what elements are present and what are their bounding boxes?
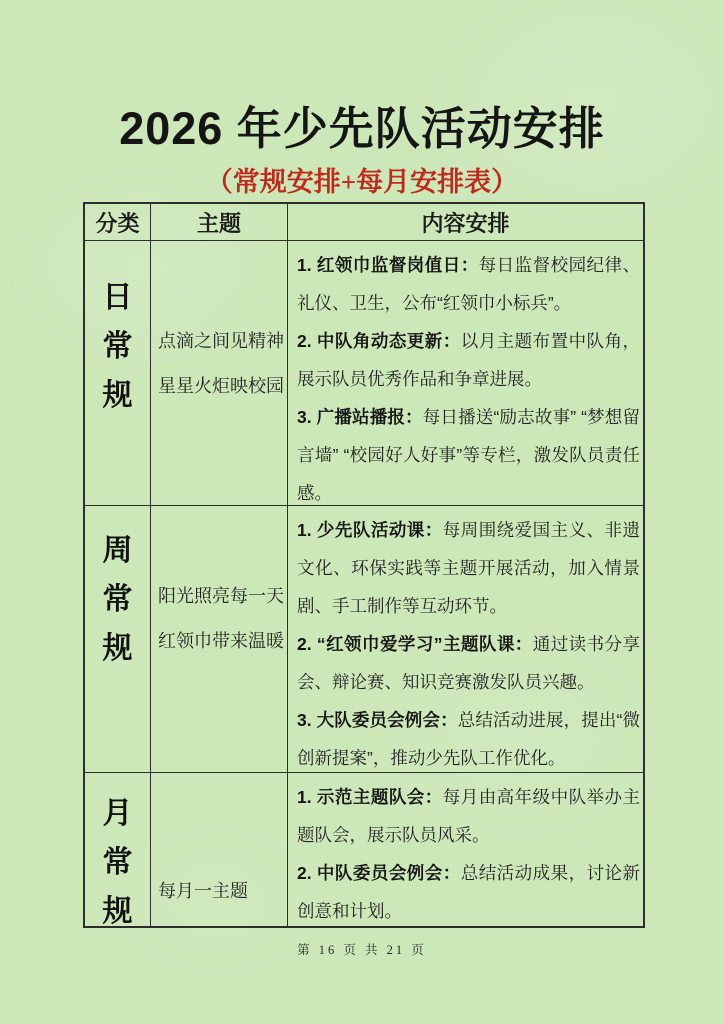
category-char: 规 <box>103 624 133 673</box>
content-cell-monthly: 1. 示范主题队会：每月由高年级中队举办主题队会，展示队员风采。 2. 中队委员… <box>288 773 643 926</box>
content-item: 1. 少先队活动课：每周围绕爱国主义、非遗文化、环保实践等主题开展活动，加入情景… <box>297 511 640 625</box>
content-item-label: 3. 大队委员会例会： <box>297 710 458 730</box>
content-cell-weekly: 1. 少先队活动课：每周围绕爱国主义、非遗文化、环保实践等主题开展活动，加入情景… <box>288 506 643 773</box>
category-cell-daily: 日 常 规 <box>85 241 151 506</box>
content-cell-daily: 1. 红领巾监督岗值日：每日监督校园纪律、礼仪、卫生，公布“红领巾小标兵”。 2… <box>288 241 643 506</box>
theme-line: 阳光照亮每一天 <box>158 574 287 619</box>
schedule-table: 分类 主题 内容安排 日 常 规 点滴之间见精神 星星火炬映校园 1. 红领巾监… <box>83 202 645 928</box>
col-header-category: 分类 <box>85 204 151 241</box>
content-item: 3. 大队委员会例会：总结活动进展，提出“微创新提案”，推动少先队工作优化。 <box>297 701 640 777</box>
theme-line: 每月一主题 <box>158 869 287 914</box>
category-char: 常 <box>103 322 133 371</box>
category-cell-monthly: 月 常 规 <box>85 773 151 926</box>
page-number: 第 16 页 共 21 页 <box>0 940 724 958</box>
content-item-label: 2. “红领巾爱学习”主题队课： <box>297 634 533 654</box>
content-item: 2. 中队委员会例会：总结活动成果，讨论新创意和计划。 <box>297 854 640 930</box>
category-char: 周 <box>103 526 133 575</box>
content-item-label: 2. 中队角动态更新： <box>297 331 461 351</box>
content-item-label: 1. 示范主题队会： <box>297 787 443 807</box>
category-cell-weekly: 周 常 规 <box>85 506 151 773</box>
content-item: 1. 红领巾监督岗值日：每日监督校园纪律、礼仪、卫生，公布“红领巾小标兵”。 <box>297 246 640 322</box>
content-item: 1. 示范主题队会：每月由高年级中队举办主题队会，展示队员风采。 <box>297 778 640 854</box>
category-char: 常 <box>103 575 133 624</box>
category-char: 日 <box>103 273 133 322</box>
category-char: 规 <box>103 887 133 936</box>
theme-line: 红领巾带来温暖 <box>158 619 287 664</box>
category-char: 常 <box>103 838 133 887</box>
content-item-label: 2. 中队委员会例会： <box>297 863 461 883</box>
content-item-label: 3. 广播站播报： <box>297 407 423 427</box>
content-item: 3. 广播站播报：每日播送“励志故事” “梦想留言墙” “校园好人好事”等专栏，… <box>297 398 640 512</box>
theme-line: 星星火炬映校园 <box>158 364 287 409</box>
theme-cell-daily: 点滴之间见精神 星星火炬映校园 <box>151 241 288 506</box>
theme-cell-weekly: 阳光照亮每一天 红领巾带来温暖 <box>151 506 288 773</box>
theme-line: 点滴之间见精神 <box>158 319 287 364</box>
page-title: 2026 年少先队活动安排 <box>0 92 724 157</box>
category-char: 规 <box>103 371 133 420</box>
category-char: 月 <box>103 789 133 838</box>
page-subtitle: （常规安排+每月安排表） <box>0 160 724 199</box>
content-item: 2. 中队角动态更新：以月主题布置中队角，展示队员优秀作品和争章进展。 <box>297 322 640 398</box>
content-item-label: 1. 少先队活动课： <box>297 520 443 540</box>
content-item: 2. “红领巾爱学习”主题队课：通过读书分享会、辩论赛、知识竞赛激发队员兴趣。 <box>297 625 640 701</box>
col-header-content: 内容安排 <box>288 204 643 241</box>
col-header-theme: 主题 <box>151 204 288 241</box>
content-item-label: 1. 红领巾监督岗值日： <box>297 255 479 275</box>
theme-cell-monthly: 每月一主题 <box>151 773 288 926</box>
